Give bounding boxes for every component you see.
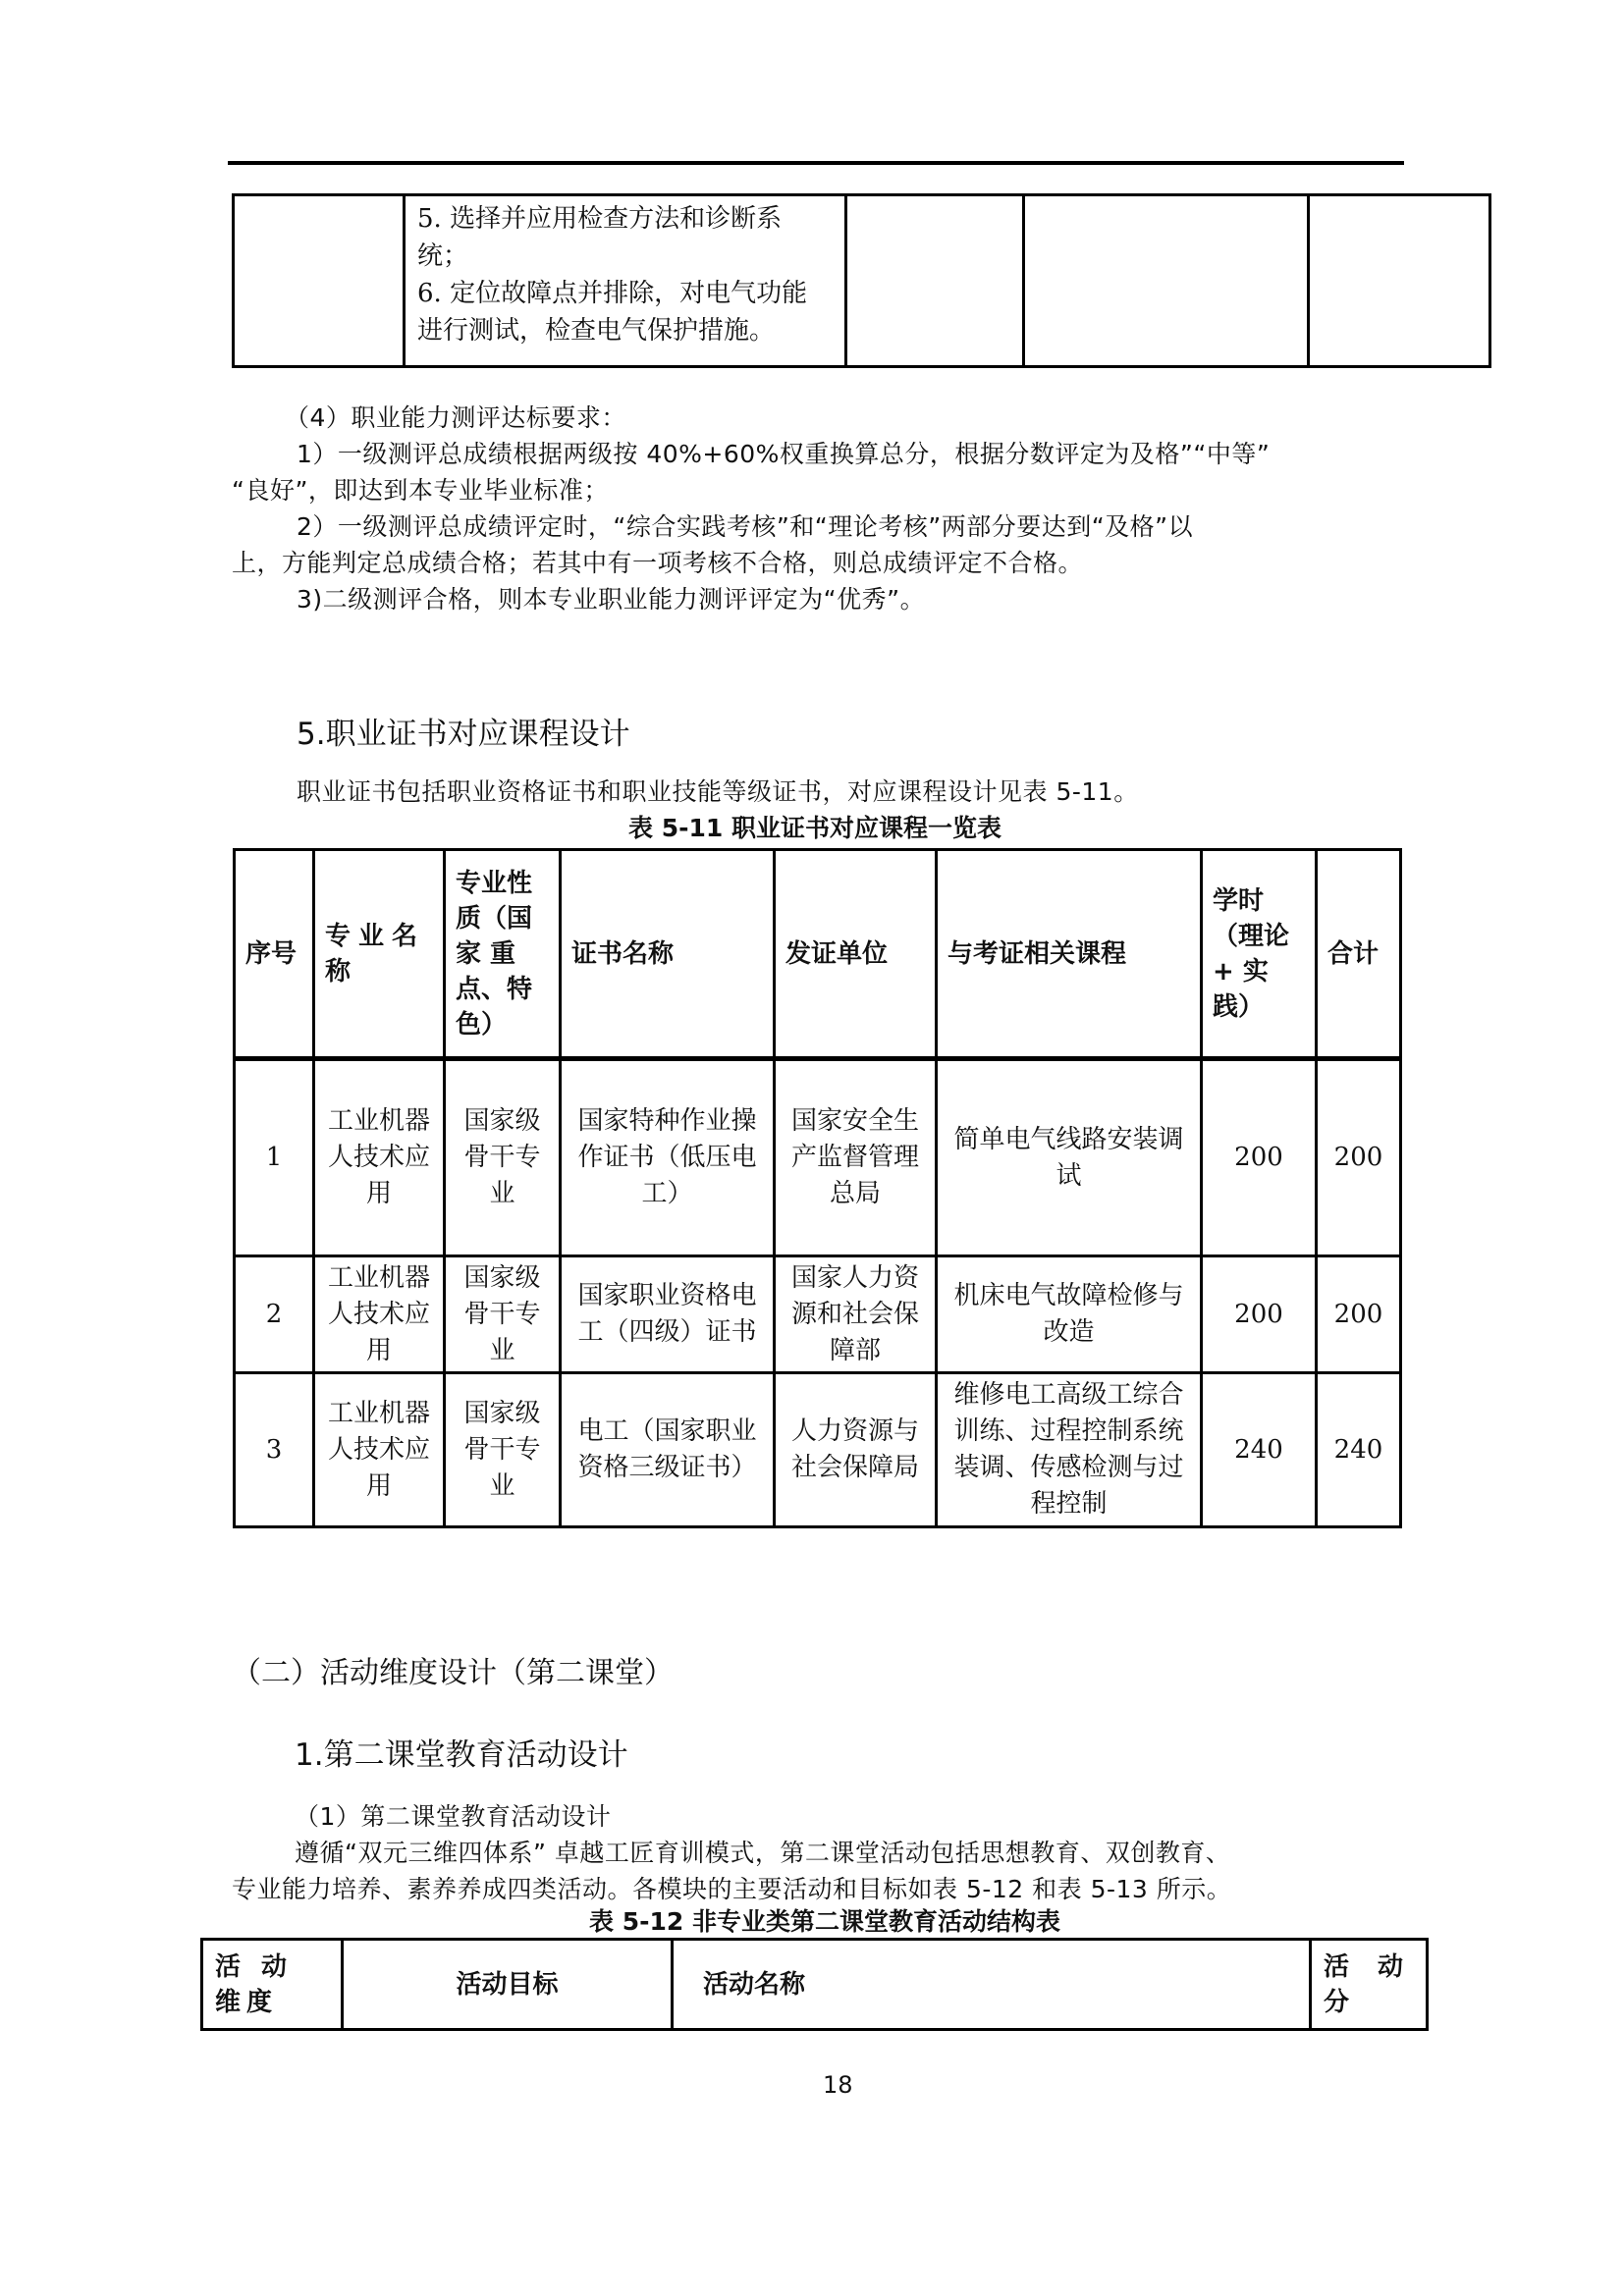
header-activity-dimension: 活 动 维度 (202, 1940, 343, 2030)
table-cell (1024, 195, 1309, 367)
continued-table: 5. 选择并应用检查方法和诊断系 统； 6. 定位故障点并排除，对电气功能 进行… (232, 193, 1491, 368)
cell-major: 工业机器人技术应用 (314, 1373, 445, 1527)
certificate-course-table: 序号 专业名称 专业性质（国家 重点、特色） 证书名称 发证单位 与考证相关课程… (233, 848, 1402, 1528)
cell-major: 工业机器人技术应用 (314, 1059, 445, 1256)
cell-issuer: 国家人力资源和社会保障部 (775, 1256, 937, 1373)
table-5-12-caption: 表 5-12 非专业类第二课堂教育活动结构表 (589, 1906, 1060, 1938)
cell-line: 进行测试，检查电气保护措施。 (417, 312, 833, 349)
cell-total: 200 (1317, 1256, 1401, 1373)
cell-seq: 1 (235, 1059, 314, 1256)
table-cell (234, 195, 405, 367)
section4-item3: 3)二级测评合格，则本专业职业能力测评评定为“优秀”。 (297, 581, 925, 617)
section5-heading: 5.职业证书对应课程设计 (297, 715, 630, 754)
header-activity-name: 活动名称 (673, 1940, 1311, 2030)
header-cert-name: 证书名称 (561, 850, 775, 1059)
cell-nature: 国家级骨干专业 (445, 1256, 561, 1373)
table-header-row: 序号 专业名称 专业性质（国家 重点、特色） 证书名称 发证单位 与考证相关课程… (235, 850, 1401, 1059)
cell-line: 5. 选择并应用检查方法和诊断系 (417, 200, 833, 238)
header-major-nature: 专业性质（国家 重点、特色） (445, 850, 561, 1059)
activity-structure-table: 活 动 维度 活动目标 活动名称 活 动 分 (200, 1938, 1429, 2031)
part2-subheading: 1.第二课堂教育活动设计 (295, 1735, 628, 1775)
table-cell: 5. 选择并应用检查方法和诊断系 统； 6. 定位故障点并排除，对电气功能 进行… (405, 195, 846, 367)
cell-hours: 200 (1202, 1256, 1317, 1373)
header-issuer: 发证单位 (775, 850, 937, 1059)
section4-item1-line2: “良好”，即达到本专业毕业标准； (232, 472, 609, 508)
cell-nature: 国家级骨干专业 (445, 1059, 561, 1256)
table-cell (1309, 195, 1490, 367)
table-5-11-caption: 表 5-11 职业证书对应课程一览表 (628, 813, 1001, 844)
cell-total: 240 (1317, 1373, 1401, 1527)
table-row: 2 工业机器人技术应用 国家级骨干专业 国家职业资格电工（四级）证书 国家人力资… (235, 1256, 1401, 1373)
table-cell (846, 195, 1024, 367)
header-activity-points: 活 动 分 (1311, 1940, 1428, 2030)
cell-nature: 国家级骨干专业 (445, 1373, 561, 1527)
cell-courses: 简单电气线路安装调试 (937, 1059, 1202, 1256)
header-rule (228, 161, 1404, 165)
cell-cert: 国家职业资格电工（四级）证书 (561, 1256, 775, 1373)
cell-issuer: 人力资源与社会保障局 (775, 1373, 937, 1527)
section4-item2-line2: 上，方能判定总成绩合格；若其中有一项考核不合格，则总成绩评定不合格。 (232, 545, 1083, 581)
table-row: 3 工业机器人技术应用 国家级骨干专业 电工（国家职业资格三级证书） 人力资源与… (235, 1373, 1401, 1527)
cell-line: 6. 定位故障点并排除，对电气功能 (417, 275, 833, 312)
cell-total: 200 (1317, 1059, 1401, 1256)
section4-title: （4）职业能力测评达标要求： (285, 400, 626, 436)
table-header-row: 活 动 维度 活动目标 活动名称 活 动 分 (202, 1940, 1428, 2030)
header-activity-goal: 活动目标 (343, 1940, 673, 2030)
page-number: 18 (823, 2071, 853, 2099)
section4-item1-line1: 1）一级测评总成绩根据两级按 40%+60%权重换算总分，根据分数评定为及格”“… (297, 436, 1270, 472)
cell-hours: 200 (1202, 1059, 1317, 1256)
part2-para-line2: 专业能力培养、素养养成四类活动。各模块的主要活动和目标如表 5-12 和表 5-… (232, 1871, 1231, 1907)
cell-courses: 维修电工高级工综合训练、过程控制系统装调、传感检测与过程控制 (937, 1373, 1202, 1527)
section4-item2-line1: 2）一级测评总成绩评定时，“综合实践考核”和“理论考核”两部分要达到“及格”以 (297, 508, 1193, 545)
cell-cert: 电工（国家职业资格三级证书） (561, 1373, 775, 1527)
part2-item-title: （1）第二课堂教育活动设计 (295, 1798, 611, 1835)
cell-major: 工业机器人技术应用 (314, 1256, 445, 1373)
cell-line: 统； (417, 238, 833, 275)
header-major: 专业名称 (314, 850, 445, 1059)
table-row: 5. 选择并应用检查方法和诊断系 统； 6. 定位故障点并排除，对电气功能 进行… (234, 195, 1490, 367)
header-hours: 学时（理论+ 实践） (1202, 850, 1317, 1059)
table-row: 1 工业机器人技术应用 国家级骨干专业 国家特种作业操作证书（低压电工） 国家安… (235, 1059, 1401, 1256)
section5-intro: 职业证书包括职业资格证书和职业技能等级证书，对应课程设计见表 5-11。 (297, 774, 1139, 810)
cell-courses: 机床电气故障检修与改造 (937, 1256, 1202, 1373)
cell-issuer: 国家安全生产监督管理总局 (775, 1059, 937, 1256)
cell-cert: 国家特种作业操作证书（低压电工） (561, 1059, 775, 1256)
header-seq: 序号 (235, 850, 314, 1059)
cell-seq: 3 (235, 1373, 314, 1527)
header-related-courses: 与考证相关课程 (937, 850, 1202, 1059)
part2-heading: （二）活动维度设计（第二课堂） (232, 1654, 674, 1693)
cell-seq: 2 (235, 1256, 314, 1373)
cell-hours: 240 (1202, 1373, 1317, 1527)
header-total: 合计 (1317, 850, 1401, 1059)
part2-para-line1: 遵循“双元三维四体系” 卓越工匠育训模式，第二课堂活动包括思想教育、双创教育、 (295, 1835, 1230, 1871)
